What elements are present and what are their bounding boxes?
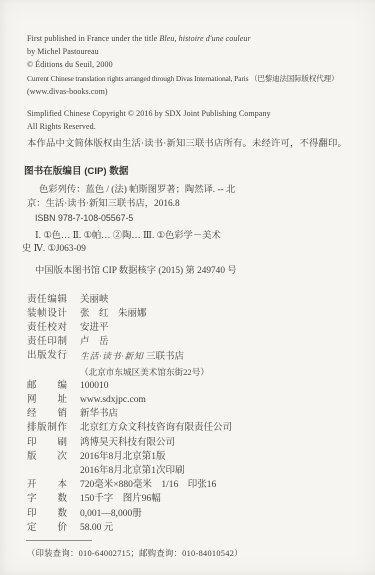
author-line: by Michel Pastoureau [27,45,369,58]
imprint-value: 150千字 图片96幅 [80,492,161,506]
imprint-value: www.sdxjpc.com [80,393,146,407]
imprint-label: 开本 [27,478,67,492]
imprint-row-price: 定价 58.00 元 [27,521,369,535]
imprint-row-proofreader: 责任校对 安进平 [27,321,369,335]
imprint-label: 责任印制 [27,335,67,349]
inquiry-phone-note: （印装查询：010-64002715；邮购查询：010-84010542） [27,547,369,559]
english-copyright-block: First published in France under the titl… [27,32,369,98]
imprint-label: 责任编辑 [27,293,67,307]
agency-website-line: (www.divas-books.com) [27,85,369,98]
cip-title-line: 色彩列传：蓝色 / (法) 帕斯图罗著；陶然译. -- 北 [27,184,369,198]
imprint-value: 张 红 朱丽娜 [80,307,147,321]
imprint-value: 720毫米×880毫米 1/16 印张16 [80,478,216,492]
imprint-value: 58.00 元 [80,521,113,535]
imprint-row-postcode: 邮编 100010 [27,379,369,393]
imprint-row-printer: 印刷 鸿博昊天科技有限公司 [27,436,369,450]
imprint-row-format: 开本 720毫米×880毫米 1/16 印张16 [27,478,369,492]
imprint-label: 字数 [27,492,67,506]
imprint-value: 关丽峡 [80,293,109,307]
imprint-label: 经销 [27,407,67,421]
chinese-copyright-block: Simplified Chinese Copyright © 2016 by S… [27,107,369,151]
all-rights-reserved-line: All Rights Reserved. [27,120,369,133]
cip-class-line-1: Ⅰ. ①色… Ⅱ. ①帕… ②陶… Ⅲ. ①色彩学－美术 [27,230,369,243]
imprint-row-print-run: 印数 0,001—8,000册 [27,507,369,521]
edition-printing-line: 2016年8月北京第1次印刷 [27,464,369,478]
imprint-value: 100010 [80,379,109,393]
original-title: Bleu, histoire d'une couleur [159,34,250,43]
cip-publisher-line: 京：生活·读书·新知三联书店，2016.8 [27,198,369,212]
imprint-row-distributor: 经销 新华书店 [27,407,369,421]
imprint-value: 2016年8月北京第1版 [80,450,166,464]
imprint-value: 北京红方众文科技咨询有限责任公司 [80,421,232,435]
imprint-value: 新华书店 [80,407,118,421]
chinese-rights-notice: 本作品中文简体版权由生活·读书·新知三联书店所有。未经许可，不得翻印。 [27,137,369,151]
publisher-name: 三联书店 [144,352,184,362]
footer-divider [26,540,92,541]
imprint-label: 排版制作 [27,421,67,435]
imprint-row-typesetting: 排版制作 北京红方众文科技咨询有限责任公司 [27,421,369,435]
cip-header: 图书在版编目 (CIP) 数据 [24,165,369,179]
cip-registry-line: 中国版本图书馆 CIP 数据核字 (2015) 第 249740 号 [27,262,369,276]
isbn-line: ISBN 978-7-108-05567-5 [27,212,369,226]
rights-arrangement-line: Current Chinese translation rights arran… [27,72,369,85]
original-publisher-line: © Éditions du Seuil, 2000 [27,58,369,71]
imprint-label: 邮编 [27,379,67,393]
imprint-row-website: 网址 www.sdxjpc.com [27,393,369,407]
imprint-label: 印刷 [27,436,67,450]
imprint-label: 出版发行 [27,349,67,364]
cip-class-line-2: 史 Ⅳ. ①J063-09 [22,243,369,256]
imprint-label: 网址 [27,393,67,407]
imprint-label: 定价 [27,521,67,535]
publisher-address: （北京市东城区美术馆东街22号） [27,365,369,379]
publisher-script-logo: 生活·读书·新知 [80,351,144,361]
imprint-value: 0,001—8,000册 [80,507,142,521]
imprint-label: 印数 [27,507,67,521]
imprint-value: 安进平 [80,321,109,335]
imprint-row-responsible-editor: 责任编辑 关丽峡 [27,293,369,307]
imprint-label: 版次 [27,450,67,464]
cip-record: 色彩列传：蓝色 / (法) 帕斯图罗著；陶然译. -- 北 京：生活·读书·新知… [27,184,369,225]
first-published-text: First published in France under the titl… [27,34,159,43]
cip-block: 图书在版编目 (CIP) 数据 色彩列传：蓝色 / (法) 帕斯图罗著；陶然译.… [27,165,369,275]
imprint-value: 卢 岳 [80,335,109,349]
imprint-row-edition: 版次 2016年8月北京第1版 [27,450,369,464]
imprint-row-word-count: 字数 150千字 图片96幅 [27,492,369,506]
first-published-line: First published in France under the titl… [27,32,369,45]
imprint-label: 责任校对 [27,321,67,335]
imprint-label: 装帧设计 [27,307,67,321]
cip-classification: Ⅰ. ①色… Ⅱ. ①帕… ②陶… Ⅲ. ①色彩学－美术 史 Ⅳ. ①J063-… [27,230,369,256]
imprint-row-publisher: 出版发行 生活·读书·新知 三联书店 [27,349,369,364]
imprint-block: 责任编辑 关丽峡 装帧设计 张 红 朱丽娜 责任校对 安进平 责任印制 卢 岳 … [27,293,369,535]
imprint-value: 鸿博昊天科技有限公司 [80,436,175,450]
book-copyright-page: First published in France under the titl… [0,0,375,575]
imprint-row-print-supervisor: 责任印制 卢 岳 [27,335,369,349]
simplified-copyright-line: Simplified Chinese Copyright © 2016 by S… [27,107,369,120]
imprint-value: 生活·读书·新知 三联书店 [80,349,184,364]
imprint-row-design: 装帧设计 张 红 朱丽娜 [27,307,369,321]
